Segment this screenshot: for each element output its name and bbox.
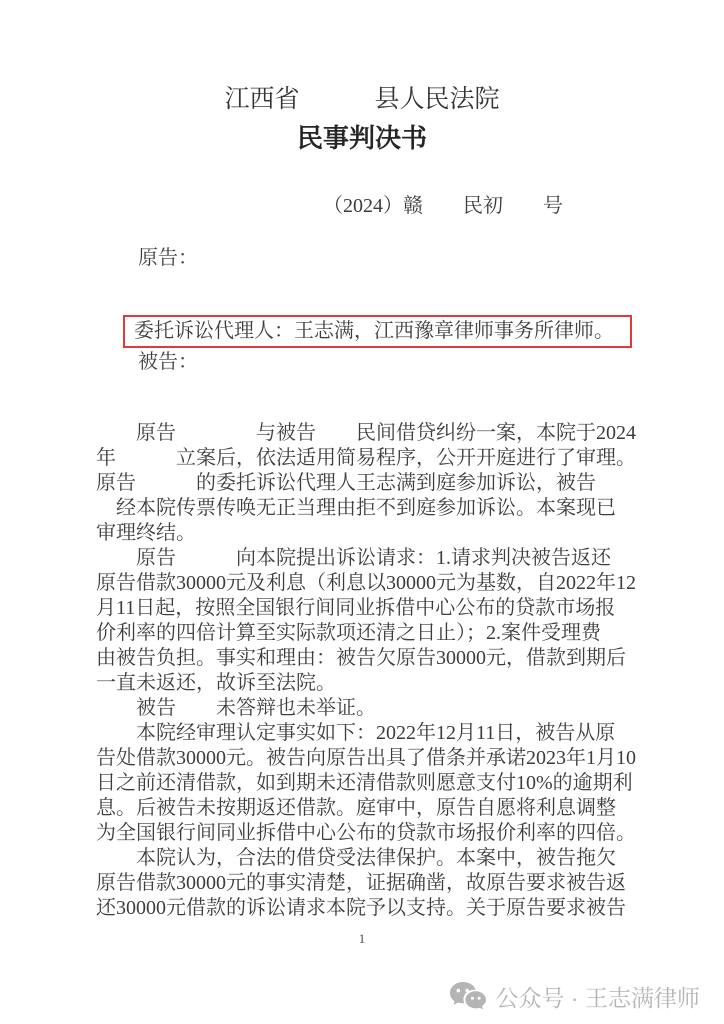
judgment-text-line: 被告 未答辩也未举证。	[96, 696, 656, 721]
paragraph-case-intro: 原告 与被告 民间借贷纠纷一案，本院于2024 年 立案后，依法适用简易程序，公…	[96, 421, 656, 546]
judgment-document-page: 江西省 县人民法院 民事判决书 （2024）赣 民初 号 原告： 委托诉讼代理人…	[0, 0, 724, 1024]
paragraph-claims: 原告 向本院提出诉讼请求：1.请求判决被告返还 原告借款30000元及利息（利息…	[96, 546, 656, 696]
judgment-text-line: 日之前还清借款，如到期未还清借款则愿意支付10%的逾期利	[96, 771, 656, 796]
judgment-text-line: 价利率的四倍计算至实际款项还清之日止）；2.案件受理费	[96, 621, 656, 646]
agent-line-row: 委托诉讼代理人：王志满，江西豫章律师事务所律师。	[96, 315, 656, 348]
watermark: 公众号 · 王志满律师	[449, 980, 700, 1013]
judgment-text-line: 经本院传票传唤无正当理由拒不到庭参加诉讼。本案现已	[96, 496, 656, 521]
judgment-text-line: 年 立案后，依法适用简易程序，公开开庭进行了审理。	[96, 446, 656, 471]
paragraph-defendant-response: 被告 未答辩也未举证。	[96, 696, 656, 721]
judgment-paragraphs: 原告 与被告 民间借贷纠纷一案，本院于2024 年 立案后，依法适用简易程序，公…	[96, 421, 656, 921]
judgment-text-line: 月11日起，按照全国银行间同业拆借中心公布的贷款市场报	[96, 596, 656, 621]
agent-line-text: 委托诉讼代理人：王志满，江西豫章律师事务所律师。	[134, 320, 614, 342]
document-body: 原告： 委托诉讼代理人：王志满，江西豫章律师事务所律师。 被告： 原告 与被告 …	[96, 246, 656, 921]
judgment-text-line: 一直未返还，故诉至法院。	[96, 671, 656, 696]
watermark-text: 公众号 · 王志满律师	[496, 980, 700, 1013]
judgment-text-line: 告处借款30000元。被告向原告出具了借条并承诺2023年1月10	[96, 746, 656, 771]
wechat-icon	[449, 981, 487, 1013]
paragraph-facts: 本院经审理认定事实如下：2022年12月11日，被告从原 告处借款30000元。…	[96, 721, 656, 846]
case-number: （2024）赣 民初 号	[81, 193, 724, 219]
red-highlight-box: 委托诉讼代理人：王志满，江西豫章律师事务所律师。	[123, 315, 632, 348]
judgment-text-line: 原告 的委托诉讼代理人王志满到庭参加诉讼，被告	[96, 471, 656, 496]
paragraph-court-opinion: 本院认为，合法的借贷受法律保护。本案中，被告拖欠 原告借款30000元的事实清楚…	[96, 846, 656, 921]
judgment-text-line: 原告借款30000元及利息（利息以30000元为基数，自2022年12	[96, 571, 656, 596]
judgment-text-line: 还30000元借款的诉讼请求本院予以支持。关于原告要求被告	[96, 896, 656, 921]
court-name: 江西省 县人民法院	[0, 0, 724, 116]
page-number: 1	[0, 931, 724, 947]
document-title: 民事判决书	[0, 122, 724, 156]
judgment-text-line: 为全国银行间同业拆借中心公布的贷款市场报价利率的四倍。	[96, 821, 656, 846]
judgment-text-line: 原告 与被告 民间借贷纠纷一案，本院于2024	[96, 421, 656, 446]
plaintiff-label: 原告：	[96, 246, 656, 271]
judgment-text-line: 原告借款30000元的事实清楚，证据确凿，故原告要求被告返	[96, 871, 656, 896]
judgment-text-line: 审理终结。	[96, 521, 656, 546]
judgment-text-line: 本院认为，合法的借贷受法律保护。本案中，被告拖欠	[96, 846, 656, 871]
judgment-text-line: 由被告负担。事实和理由：被告欠原告30000元，借款到期后	[96, 646, 656, 671]
judgment-text-line: 本院经审理认定事实如下：2022年12月11日，被告从原	[96, 721, 656, 746]
judgment-text-line: 息。后被告未按期返还借款。庭审中，原告自愿将利息调整	[96, 796, 656, 821]
judgment-text-line: 原告 向本院提出诉讼请求：1.请求判决被告返还	[96, 546, 656, 571]
defendant-label: 被告：	[96, 350, 656, 375]
